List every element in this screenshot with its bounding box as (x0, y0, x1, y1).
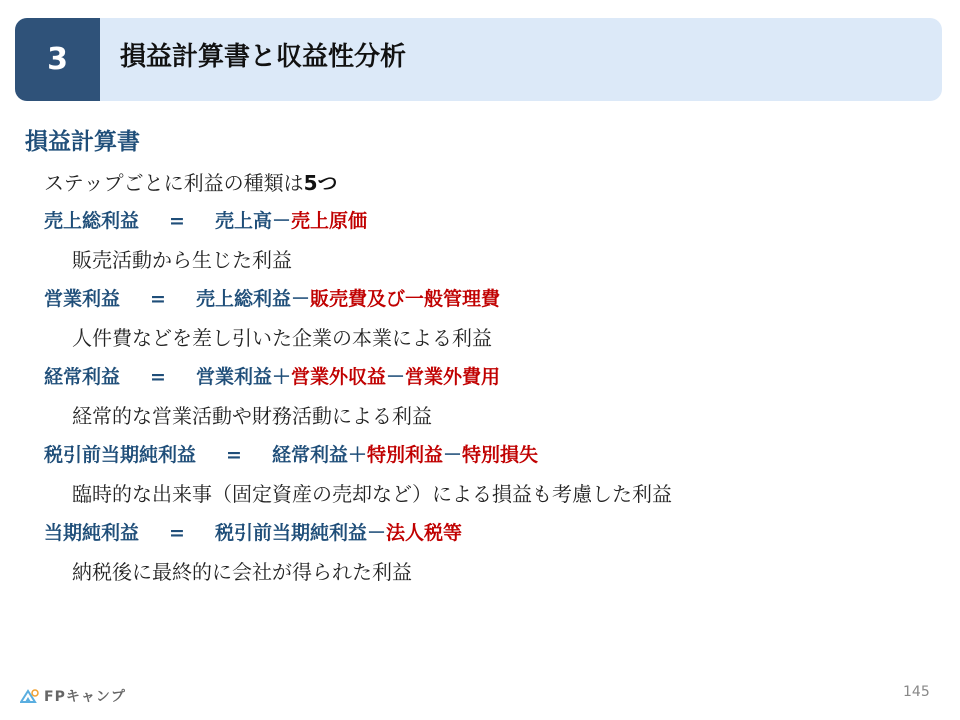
formula-base: 経常利益 (272, 444, 348, 466)
formula-gross-profit: 売上総利益=売上高－売上原価 (44, 208, 367, 234)
formula-equals: = (169, 522, 185, 544)
formula-term: 特別利益 (367, 444, 443, 466)
slide-title: 損益計算書と収益性分析 (120, 18, 406, 101)
formula-name: 経常利益 (44, 366, 120, 388)
intro-text: ステップごとに利益の種類は (44, 171, 304, 195)
formula-ordinary-profit: 経常利益=営業利益＋営業外収益－営業外費用 (44, 364, 500, 390)
formula-op: － (291, 288, 310, 310)
formula-term: 売上原価 (291, 210, 367, 232)
page-number: 145 (903, 684, 930, 700)
formula-name: 税引前当期純利益 (44, 444, 196, 466)
formula-name: 営業利益 (44, 288, 120, 310)
formula-op: － (386, 366, 405, 388)
slide-header: 3 損益計算書と収益性分析 (15, 18, 942, 101)
mountain-logo-icon (20, 689, 40, 703)
formula-equals: = (150, 288, 166, 310)
formula-name: 当期純利益 (44, 522, 139, 544)
intro-emphasis: 5つ (304, 171, 338, 195)
formula-description: 人件費などを差し引いた企業の本業による利益 (72, 325, 492, 351)
formula-equals: = (169, 210, 185, 232)
formula-description: 納税後に最終的に会社が得られた利益 (72, 559, 412, 585)
formula-description: 販売活動から生じた利益 (72, 247, 292, 273)
intro-line: ステップごとに利益の種類は5つ (44, 170, 338, 196)
formula-pretax-profit: 税引前当期純利益=経常利益＋特別利益－特別損失 (44, 442, 538, 468)
formula-description: 経常的な営業活動や財務活動による利益 (72, 403, 432, 429)
formula-base: 売上高 (215, 210, 272, 232)
formula-op: ＋ (348, 444, 367, 466)
section-number: 3 (15, 18, 100, 101)
formula-op: ＋ (272, 366, 291, 388)
formula-name: 売上総利益 (44, 210, 139, 232)
formula-term: 営業外費用 (405, 366, 500, 388)
formula-op: － (367, 522, 386, 544)
formula-base: 営業利益 (196, 366, 272, 388)
section-title: 損益計算書 (25, 123, 140, 156)
footer-logo: FPキャンプ (20, 686, 126, 706)
formula-operating-profit: 営業利益=売上総利益－販売費及び一般管理費 (44, 286, 500, 312)
formula-net-profit: 当期純利益=税引前当期純利益－法人税等 (44, 520, 462, 546)
formula-term: 特別損失 (462, 444, 538, 466)
formula-equals: = (226, 444, 242, 466)
formula-term: 営業外収益 (291, 366, 386, 388)
formula-term: 法人税等 (386, 522, 462, 544)
formula-description: 臨時的な出来事（固定資産の売却など）による損益も考慮した利益 (72, 481, 672, 507)
formula-equals: = (150, 366, 166, 388)
formula-term: 販売費及び一般管理費 (310, 288, 500, 310)
formula-base: 売上総利益 (196, 288, 291, 310)
formula-op: － (272, 210, 291, 232)
formula-op: － (443, 444, 462, 466)
formula-base: 税引前当期純利益 (215, 522, 367, 544)
brand-name: FPキャンプ (44, 686, 126, 706)
